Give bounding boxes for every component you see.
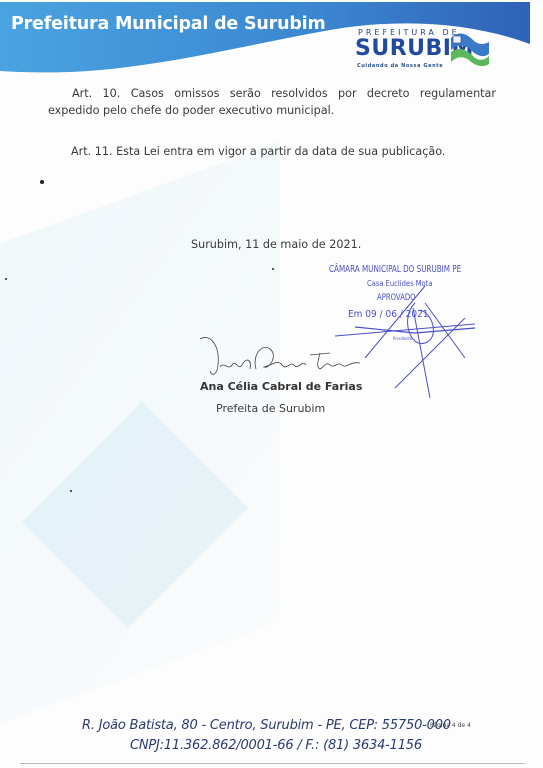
scan-speck bbox=[40, 180, 44, 184]
handwritten-signature bbox=[190, 325, 370, 385]
scan-speck bbox=[272, 268, 274, 270]
signer-role: Prefeita de Surubim bbox=[216, 402, 325, 415]
flag-wave-icon bbox=[449, 30, 491, 70]
dateline: Surubim, 11 de maio de 2021. bbox=[191, 238, 361, 251]
signer-name: Ana Célia Cabral de Farias bbox=[200, 380, 362, 393]
article-11: Art. 11. Esta Lei entra em vigor a parti… bbox=[71, 145, 445, 158]
scan-speck bbox=[5, 278, 7, 280]
footer-address: R. João Batista, 80 - Centro, Surubim - … bbox=[82, 718, 451, 733]
municipality-logo: PREFEITURA DE SURUBIM Cuidando da Nossa … bbox=[355, 28, 485, 74]
footer-divider bbox=[20, 763, 525, 764]
page-number: Página 4 de 4 bbox=[430, 722, 471, 729]
scan-speck bbox=[70, 490, 72, 492]
logo-tagline: Cuidando da Nossa Gente bbox=[357, 63, 443, 69]
header-title: Prefeitura Municipal de Surubim bbox=[11, 14, 326, 34]
footer-contact: CNPJ:11.362.862/0001-66 / F.: (81) 3634-… bbox=[130, 738, 422, 753]
article-10: Art. 10. Casos omissos serão resolvidos … bbox=[48, 85, 496, 119]
